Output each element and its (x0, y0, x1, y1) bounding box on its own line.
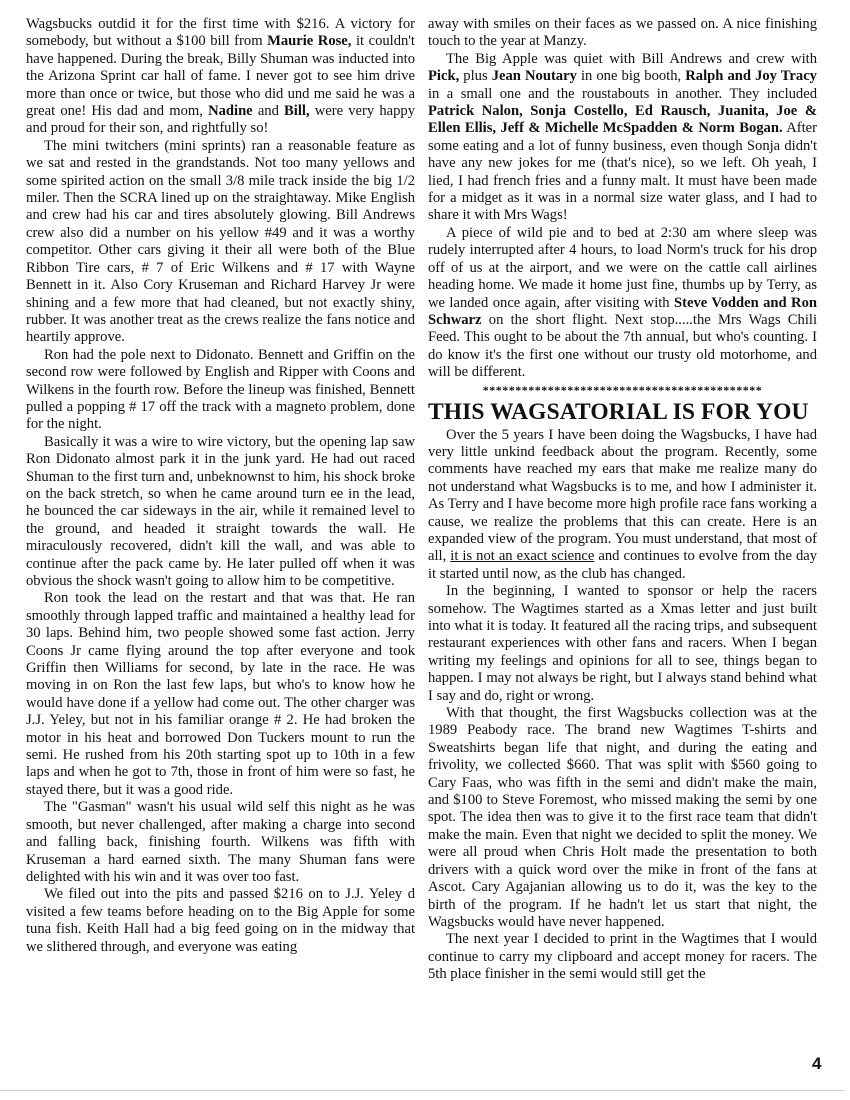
body-text: With that thought, the first Wagsbucks c… (428, 705, 817, 930)
paragraph: We filed out into the pits and passed $2… (26, 886, 415, 956)
bold-name-text: Bill, (284, 103, 310, 119)
paragraph: Wagsbucks outdid it for the first time w… (26, 16, 415, 138)
bold-name-text: Pick, (428, 68, 459, 84)
paragraph: In the beginning, I wanted to sponsor or… (428, 583, 817, 705)
paragraph: With that thought, the first Wagsbucks c… (428, 705, 817, 931)
body-text: in a small one and the roustabouts in an… (428, 86, 817, 102)
body-text: in one big booth, (577, 68, 685, 84)
body-text: and (253, 103, 284, 119)
body-text: The Big Apple was quiet with Bill Andrew… (446, 51, 817, 67)
right-column-story: away with smiles on their faces as we pa… (428, 16, 817, 382)
body-text: Basically it was a wire to wire victory,… (26, 434, 415, 589)
bold-name-text: Patrick Nalon, Sonja Costello, Ed Rausch… (428, 103, 817, 136)
underlined-text: it is not an exact science (450, 548, 594, 564)
paragraph: Basically it was a wire to wire victory,… (26, 434, 415, 591)
body-text: The mini twitchers (mini sprints) ran a … (26, 138, 415, 345)
paragraph: away with smiles on their faces as we pa… (428, 16, 817, 51)
section-separator: ****************************************… (428, 383, 817, 397)
body-text: We filed out into the pits and passed $2… (26, 886, 415, 954)
body-text: In the beginning, I wanted to sponsor or… (428, 583, 817, 703)
body-text: Ron had the pole next to Didonato. Benne… (26, 347, 415, 433)
paragraph: The "Gasman" wasn't his usual wild self … (26, 799, 415, 886)
right-column: away with smiles on their faces as we pa… (428, 16, 817, 984)
bold-name-text: Ralph and Joy Tracy (685, 68, 817, 84)
paragraph: Ron took the lead on the restart and tha… (26, 590, 415, 799)
bottom-rule (0, 1090, 845, 1091)
body-text: away with smiles on their faces as we pa… (428, 16, 817, 49)
body-text: The next year I decided to print in the … (428, 931, 817, 982)
paragraph: Ron had the pole next to Didonato. Benne… (26, 347, 415, 434)
bold-name-text: Maurie Rose, (267, 33, 351, 49)
body-text: on the short flight. Next stop.....the M… (428, 312, 817, 380)
paragraph: The mini twitchers (mini sprints) ran a … (26, 138, 415, 347)
paragraph: A piece of wild pie and to bed at 2:30 a… (428, 225, 817, 382)
bold-name-text: Jean Noutary (492, 68, 577, 84)
body-text: Ron took the lead on the restart and tha… (26, 590, 415, 797)
bold-name-text: Nadine (208, 103, 253, 119)
newsletter-page: Wagsbucks outdid it for the first time w… (0, 0, 850, 1100)
paragraph: The next year I decided to print in the … (428, 931, 817, 983)
body-text: The "Gasman" wasn't his usual wild self … (26, 799, 415, 885)
paragraph: Over the 5 years I have been doing the W… (428, 427, 817, 584)
body-text: Over the 5 years I have been doing the W… (428, 427, 817, 565)
page-number: 4 (812, 1054, 821, 1074)
editorial-heading: THIS WAGSATORIAL IS FOR YOU (428, 399, 817, 425)
left-column: Wagsbucks outdid it for the first time w… (26, 16, 415, 956)
editorial-body: Over the 5 years I have been doing the W… (428, 427, 817, 984)
body-text: plus (459, 68, 492, 84)
paragraph: The Big Apple was quiet with Bill Andrew… (428, 51, 817, 225)
